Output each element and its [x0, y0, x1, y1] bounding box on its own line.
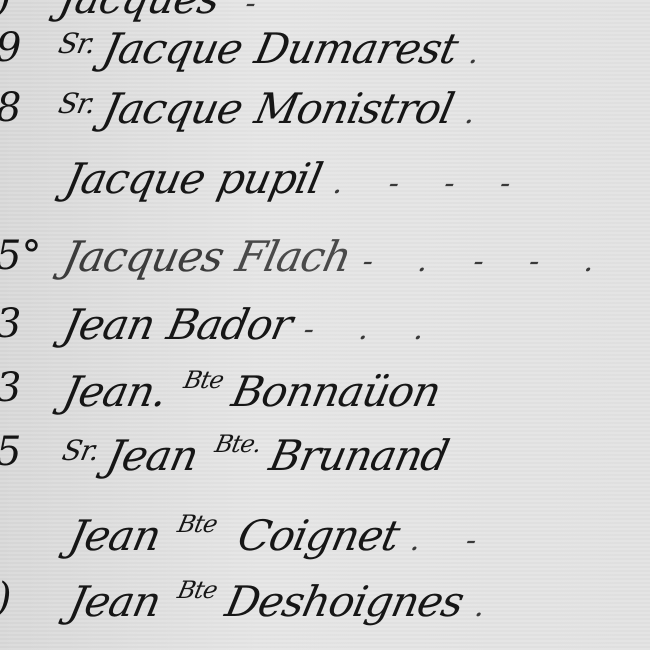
surname: Flach — [232, 232, 356, 281]
margin-number: 5° — [0, 236, 41, 276]
abbreviation: Bte — [181, 366, 225, 394]
filler-marks: - . . — [300, 312, 446, 347]
abbreviation: Bte — [175, 510, 219, 538]
entry-text: Sr.JeanBte. Brunand — [57, 432, 452, 477]
filler-marks: . — [472, 589, 507, 624]
given-name: Jacques — [59, 232, 228, 281]
manuscript-page: ) Jacques- 9 Sr.JacqueDumarest. 8 Sr.Jac… — [0, 0, 650, 650]
filler-marks: - — [242, 0, 278, 21]
margin-number: ) — [0, 0, 12, 18]
filler-marks: . — [466, 36, 501, 71]
entry-text: Sr.JacqueDumarest. — [54, 28, 503, 70]
margin-number: 9 — [0, 28, 21, 68]
abbreviation: Bte. — [212, 430, 263, 458]
entry-text: JeanBte Coignet. - — [65, 512, 500, 557]
register-entry: 3 JeanBador- . . — [0, 304, 650, 364]
filler-marks: . - — [408, 523, 499, 558]
register-entry: 9 Sr.JacqueDumarest. — [0, 28, 650, 88]
filler-marks: . - - - — [330, 166, 532, 201]
title-prefix: Sr. — [56, 27, 98, 60]
entry-text: JeanBte Deshoignes. — [65, 578, 509, 623]
register-entry: 5 Sr.JeanBte. Brunand — [0, 432, 650, 492]
given-name: Jean — [65, 577, 165, 626]
register-entry: ) JeanBte Deshoignes. — [0, 578, 650, 638]
given-name: Jacques — [55, 0, 224, 23]
given-name: Jacque — [61, 154, 210, 203]
register-entry: Jacquepupil. - - - — [0, 158, 650, 218]
register-entry: 5° JacquesFlach- . - - . — [0, 236, 650, 296]
given-name: Jean. — [59, 367, 172, 416]
surname: Monistrol — [250, 84, 457, 133]
entry-text: JacquesFlach- . - - . — [60, 236, 619, 278]
filler-marks: - . - - . — [359, 244, 616, 279]
margin-number: ) — [0, 578, 12, 618]
given-name: Jacque — [98, 84, 247, 133]
surname: Bonnaüon — [228, 367, 445, 416]
given-name: Jacque — [98, 24, 247, 73]
entry-text: Jacques- — [56, 0, 280, 20]
title-prefix: Sr. — [56, 87, 98, 120]
surname: Brunand — [265, 431, 452, 480]
margin-number: 8 — [0, 88, 21, 128]
entry-text: JeanBador- . . — [60, 304, 448, 346]
title-prefix: Sr. — [59, 434, 101, 467]
margin-number: 3 — [0, 368, 21, 408]
given-name: Jean — [65, 511, 165, 560]
surname: pupil — [213, 154, 326, 203]
margin-number: 5 — [0, 432, 21, 472]
entry-text: Sr.JacqueMonistrol. — [54, 88, 499, 130]
register-entry: 8 Sr.JacqueMonistrol. — [0, 88, 650, 148]
register-entry: 3 Jean.Bte Bonnaüon — [0, 368, 650, 428]
given-name: Jean — [102, 431, 202, 480]
given-name: Jean — [59, 300, 159, 349]
filler-marks: . — [462, 96, 497, 131]
surname: Dumarest — [250, 24, 461, 73]
margin-number: 3 — [0, 304, 21, 344]
surname: Bador — [163, 300, 297, 349]
surname: Deshoignes — [221, 577, 468, 626]
entry-text: Jacquepupil. - - - — [62, 158, 534, 200]
abbreviation: Bte — [175, 576, 219, 604]
surname: Coignet — [234, 511, 404, 560]
entry-text: Jean.Bte Bonnaüon — [59, 368, 444, 413]
register-entry: JeanBte Coignet. - — [0, 512, 650, 572]
